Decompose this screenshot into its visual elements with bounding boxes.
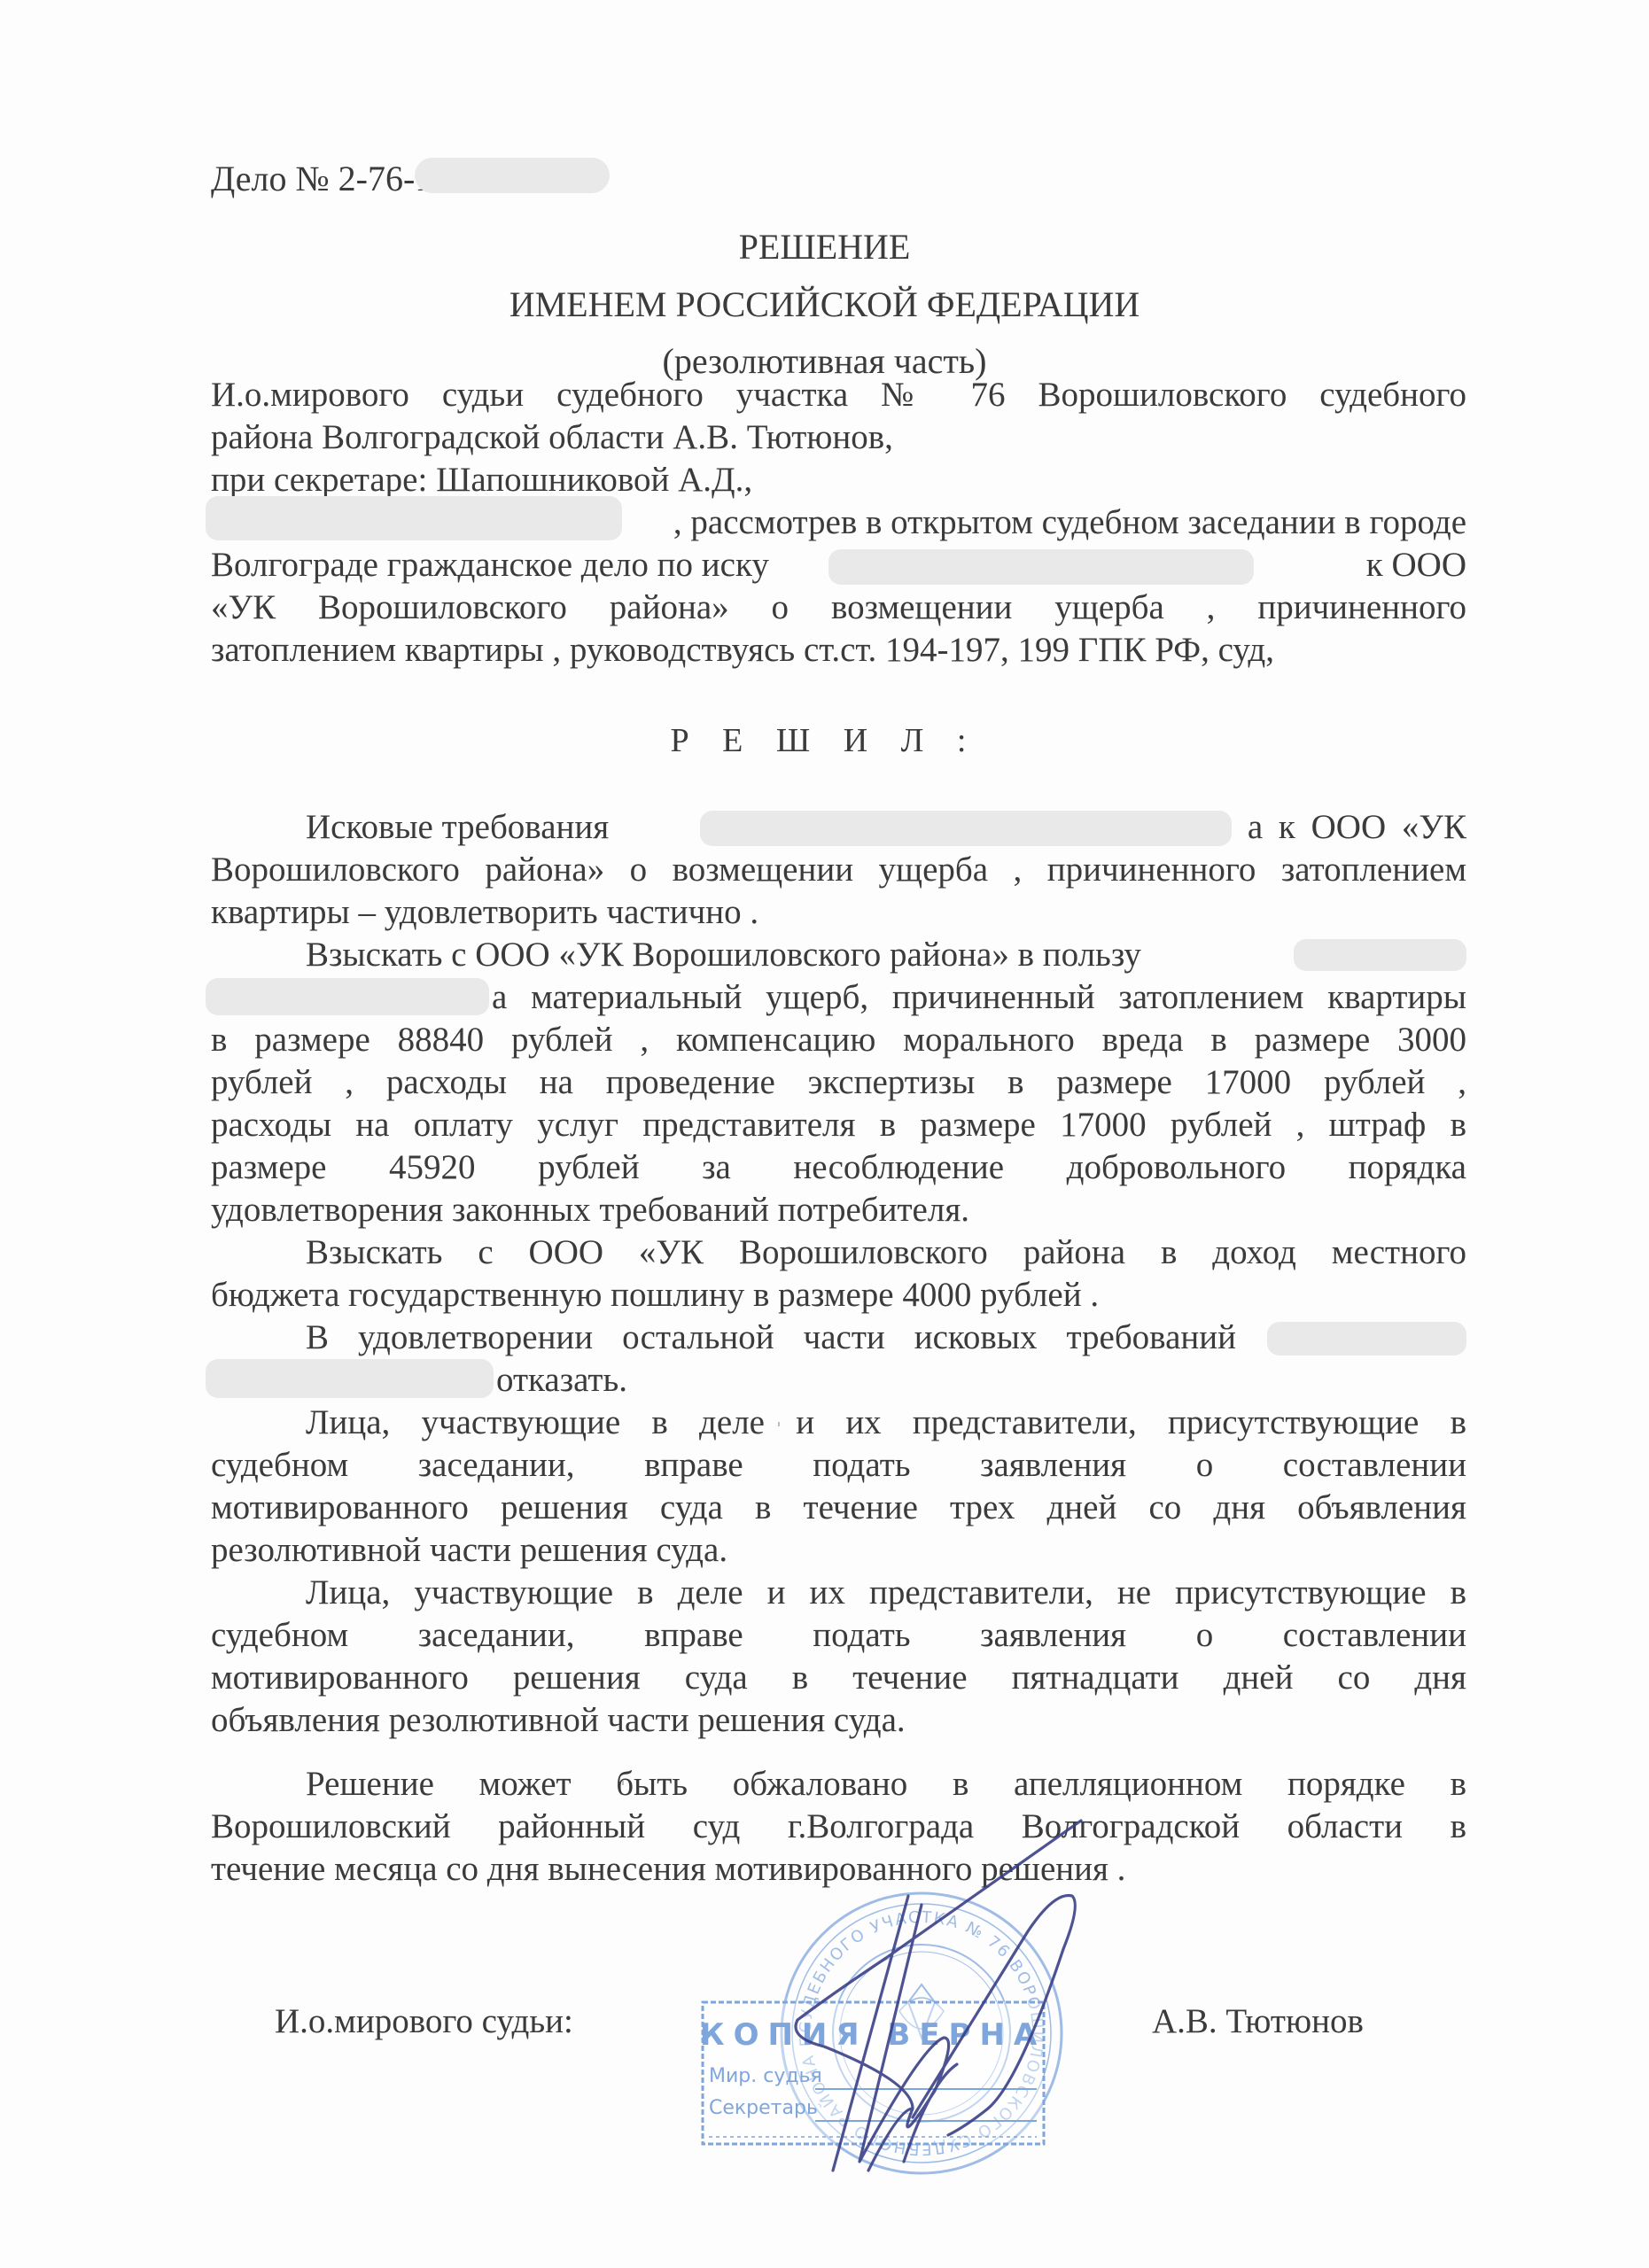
p2-line-6: размере 45920 рублей за несоблюдение доб… xyxy=(211,1146,1466,1189)
p4-line-2: отказать. xyxy=(496,1359,762,1402)
p5-line-3: мотивированного решения суда в течение т… xyxy=(211,1487,1466,1529)
redaction-plaintiff-name-3 xyxy=(1294,939,1466,971)
resolved-heading: Р Е Ш И Л : xyxy=(0,719,1649,762)
signature-name: А.В. Тютюнов xyxy=(1152,2000,1364,2043)
redaction-plaintiff-name-5 xyxy=(1267,1322,1466,1355)
p5-line-1: Лица, участвующие в деле и их представит… xyxy=(306,1402,1466,1444)
case-number: Дело № 2-76-1423/2021 xyxy=(211,158,1466,200)
p5-line-4: резолютивной части решения суда. xyxy=(211,1529,1466,1572)
p7-line-1: Решение может быть обжаловано в апелляци… xyxy=(306,1763,1466,1806)
redaction-plaintiff-name-6 xyxy=(206,1359,494,1398)
intro-line-5b: к ООО xyxy=(1258,544,1466,586)
p2-line-7: удовлетворения законных требований потре… xyxy=(211,1189,1466,1231)
p2-line-2: а материальный ущерб, причиненный затопл… xyxy=(492,976,1466,1019)
scan-speck xyxy=(622,1781,624,1785)
handwritten-signature xyxy=(691,1816,1099,2188)
p6-line-4: объявления резолютивной части решения су… xyxy=(211,1699,1466,1742)
p6-line-2: судебном заседании, вправе подать заявле… xyxy=(211,1614,1466,1657)
document-subtitle: ИМЕНЕМ РОССИЙСКОЙ ФЕДЕРАЦИИ xyxy=(0,283,1649,326)
document-page: Дело № 2-76-1423/2021 РЕШЕНИЕ ИМЕНЕМ РОС… xyxy=(0,0,1649,2268)
redaction-plaintiff-name xyxy=(828,549,1254,585)
p1-line-1b: а к ООО «УК xyxy=(1223,806,1466,849)
p4-line-1: В удовлетворении остальной части исковых… xyxy=(306,1317,1236,1359)
redaction-case-number xyxy=(415,158,610,193)
signature-role: И.о.мирового судьи: xyxy=(275,2000,573,2043)
redaction-plaintiff-name-2 xyxy=(700,811,1232,846)
p2-line-1: Взыскать с ООО «УК Ворошиловского района… xyxy=(306,934,1466,976)
document-title: РЕШЕНИЕ xyxy=(0,226,1649,268)
redaction-date xyxy=(206,496,622,540)
intro-line-2: района Волгоградской области А.В. Тютюно… xyxy=(211,416,1466,459)
intro-line-7: затоплением квартиры , руководствуясь ст… xyxy=(211,629,1466,672)
p3-line-2: бюджета государственную пошлину в размер… xyxy=(211,1274,1466,1317)
p1-line-3: квартиры – удовлетворить частично . xyxy=(211,891,1466,934)
p6-line-3: мотивированного решения суда в течение п… xyxy=(211,1657,1466,1699)
intro-line-1: И.о.мирового судьи судебного участка № 7… xyxy=(211,374,1466,416)
p2-line-4: рублей , расходы на проведение экспертиз… xyxy=(211,1061,1466,1104)
p6-line-1: Лица, участвующие в деле и их представит… xyxy=(306,1572,1466,1614)
redaction-plaintiff-name-4 xyxy=(206,978,489,1015)
intro-line-4: , рассмотрев в открытом судебном заседан… xyxy=(624,501,1466,544)
p3-line-1: Взыскать с ООО «УК Ворошиловского района… xyxy=(306,1231,1466,1274)
scan-speck xyxy=(778,1422,780,1426)
p2-line-5: расходы на оплату услуг представителя в … xyxy=(211,1104,1466,1146)
intro-line-3: при секретаре: Шапошниковой А.Д., xyxy=(211,459,1466,501)
p2-line-3: в размере 88840 рублей , компенсацию мор… xyxy=(211,1019,1466,1061)
p5-line-2: судебном заседании, вправе подать заявле… xyxy=(211,1444,1466,1487)
p1-line-2: Ворошиловского района» о возмещении ущер… xyxy=(211,849,1466,891)
intro-line-6: «УК Ворошиловского района» о возмещении … xyxy=(211,586,1466,629)
